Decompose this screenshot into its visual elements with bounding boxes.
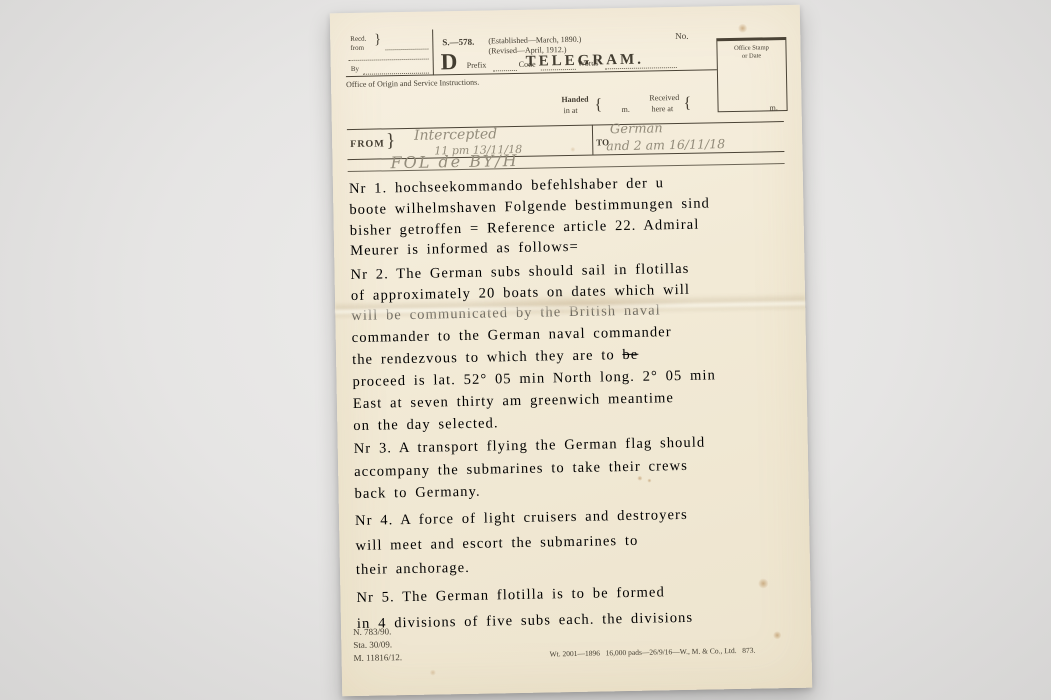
no-label: No. xyxy=(675,31,688,41)
age-spot xyxy=(430,670,436,676)
origin-instructions-label: Office of Origin and Service Instruction… xyxy=(346,78,479,89)
age-spot xyxy=(758,578,768,588)
handwritten-line: back to Germany. xyxy=(354,484,480,503)
recd-ruled-line xyxy=(385,48,428,51)
prefix-line xyxy=(493,69,517,71)
office-stamp-label-2: or Date xyxy=(718,52,786,61)
code-label: Code xyxy=(519,60,536,69)
to-value-line2: and 2 am 16/11/18 xyxy=(606,136,725,153)
code-line xyxy=(541,68,576,71)
handwritten-line: Nr 1. hochseekommando befehlshaber der u xyxy=(349,175,664,198)
from-label: FROM xyxy=(350,138,385,150)
from-value-line1: Intercepted xyxy=(414,126,497,144)
from-brace: } xyxy=(386,130,396,152)
from-small-label: from xyxy=(350,44,364,52)
footer-ref-3: M. 11816/12. xyxy=(354,652,403,663)
struck-word: be xyxy=(622,347,638,363)
handwritten-line: East at seven thirty am greenwich meanti… xyxy=(353,390,674,413)
printer-imprint: Wt. 2001—1896 16,000 pads—26/9/16—W., M.… xyxy=(549,646,755,659)
fromto-top-rule xyxy=(347,121,784,130)
handwritten-line: on the day selected. xyxy=(353,415,499,435)
handwritten-line: Nr 2. The German subs should sail in flo… xyxy=(350,261,689,284)
recd-ruled-line2 xyxy=(349,58,429,61)
handwritten-line: Meurer is informed as follows= xyxy=(350,239,579,260)
established-line: (Established—March, 1890.) xyxy=(488,35,581,46)
prefix-label: Prefix xyxy=(467,61,487,70)
footer-ref-1: N. 783/90. xyxy=(353,626,391,637)
by-label: By xyxy=(351,65,359,73)
handwritten-line: will meet and escort the submarines to xyxy=(355,533,638,555)
priority-letter-d: D xyxy=(440,49,457,75)
age-spot xyxy=(637,476,642,481)
age-spot xyxy=(570,147,575,152)
handwritten-line: the rendezvous to which they are to xyxy=(352,347,615,368)
words-line xyxy=(605,66,677,69)
handwritten-line: their anchorage. xyxy=(356,560,470,579)
handed-brace: { xyxy=(594,96,602,114)
footer-ref-2: Sta. 30/09. xyxy=(353,639,392,650)
received-m-label: m. xyxy=(770,103,778,112)
telegram-paper: Recd. from } By S.—578. (Established—Mar… xyxy=(330,5,812,696)
age-spot xyxy=(647,479,651,483)
handwritten-line: commander to the German naval commander xyxy=(352,324,672,347)
fromto-divider xyxy=(592,125,594,155)
handwritten-line: boote wilhelmshaven Folgende bestimmunge… xyxy=(349,195,710,219)
handed-m-label: m. xyxy=(622,105,630,114)
age-spot xyxy=(738,24,747,33)
handed-label-2: in at xyxy=(564,106,578,115)
received-brace: { xyxy=(683,95,691,113)
age-spot xyxy=(773,631,781,639)
form-series-number: S.—578. xyxy=(442,37,474,48)
received-label-2: here at xyxy=(652,104,674,113)
received-label-1: Received xyxy=(649,93,679,103)
handwritten-line: bisher getroffen = Reference article 22.… xyxy=(350,217,700,240)
handwritten-line: proceed is lat. 52° 05 min North long. 2… xyxy=(352,367,716,391)
handwritten-line: in 4 divisions of five subs each. the di… xyxy=(357,610,694,633)
handwritten-line: Nr 5. The German flotilla is to be forme… xyxy=(356,584,665,607)
header-divider-line xyxy=(432,29,434,75)
handwritten-line: Nr 3. A transport flying the German flag… xyxy=(354,435,706,458)
to-value-line1: German xyxy=(610,121,663,137)
words-label: Words xyxy=(578,58,599,67)
handwritten-line-with-strike: the rendezvous to which they are to be xyxy=(352,347,639,369)
recd-label: Recd. xyxy=(350,35,366,43)
callsign-handwriting: FOL de BY/H xyxy=(390,151,518,172)
photo-background: Recd. from } By S.—578. (Established—Mar… xyxy=(0,0,1051,700)
handed-label-1: Handed xyxy=(561,95,588,104)
handwritten-line: Nr 4. A force of light cruisers and dest… xyxy=(355,507,688,530)
recd-brace: } xyxy=(374,32,381,48)
office-stamp-box: Office Stamp or Date xyxy=(716,37,787,112)
